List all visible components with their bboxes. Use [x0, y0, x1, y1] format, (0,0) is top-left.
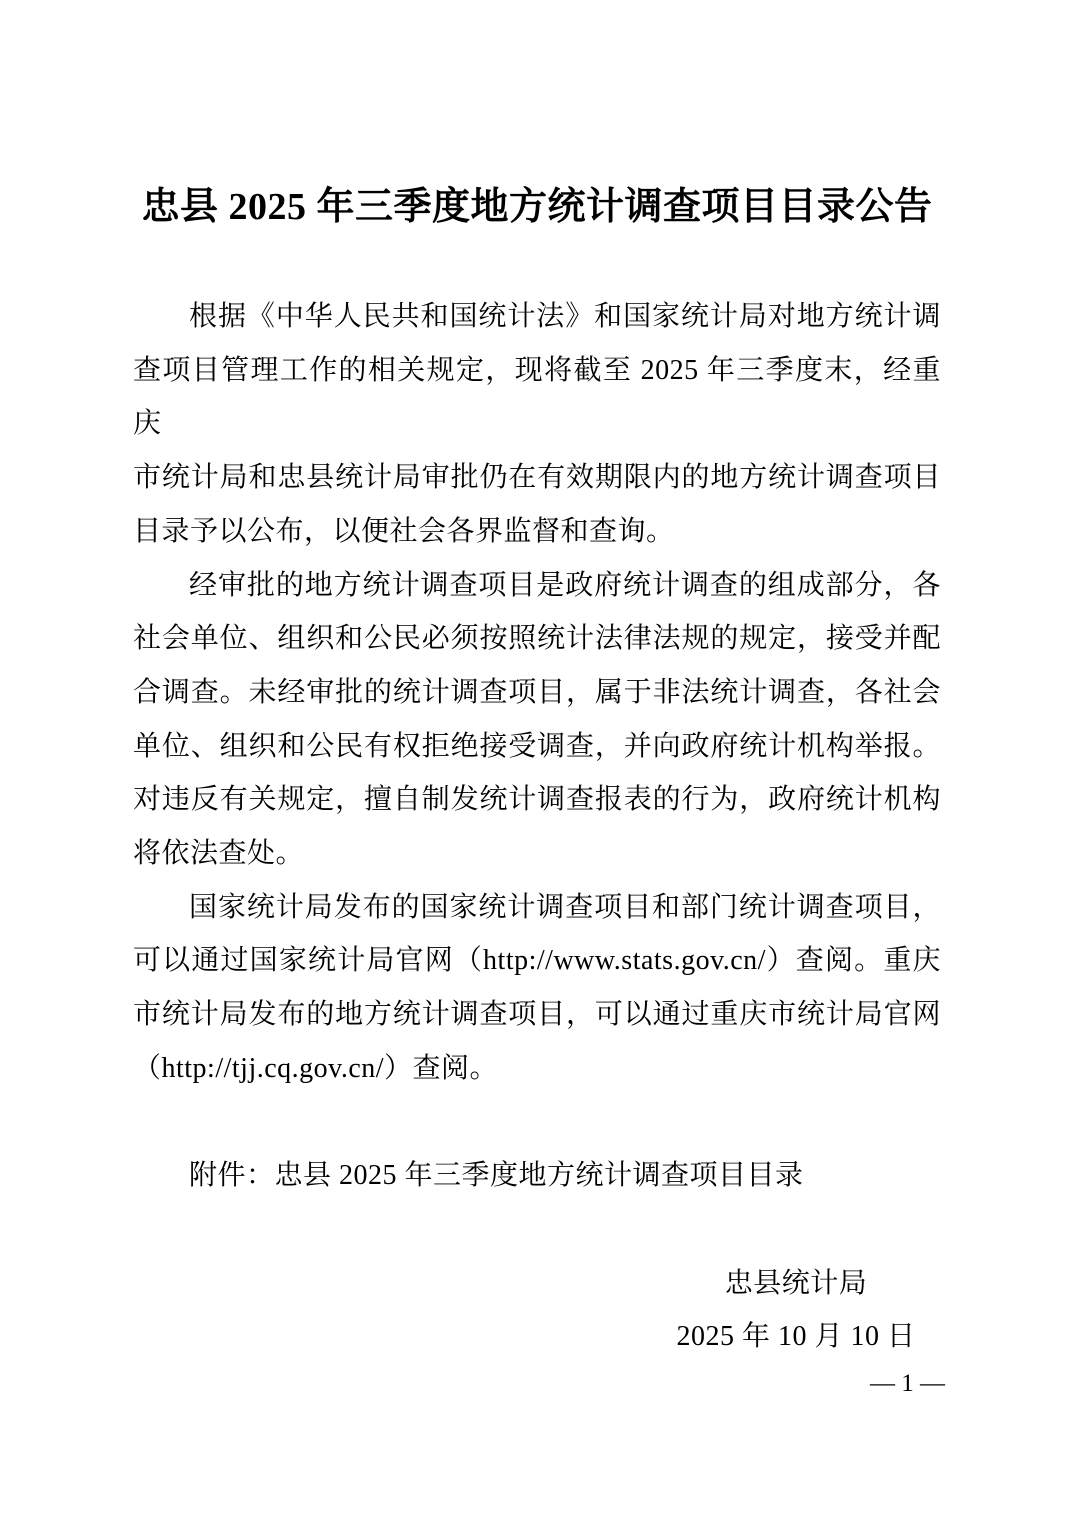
text-line: 将依法查处。 — [133, 827, 941, 881]
text-line: 市统计局发布的地方统计调查项目，可以通过重庆市统计局官网 — [133, 988, 941, 1042]
attachment-line: 附件：忠县 2025 年三季度地方统计调查项目目录 — [133, 1149, 941, 1203]
document-title: 忠县 2025 年三季度地方统计调查项目目录公告 — [133, 184, 941, 230]
text-line: 对违反有关规定，擅自制发统计调查报表的行为，政府统计机构 — [133, 773, 941, 827]
paragraph: 国家统计局发布的国家统计调查项目和部门统计调查项目，可以通过国家统计局官网（ht… — [133, 881, 941, 1096]
document-page: 忠县 2025 年三季度地方统计调查项目目录公告 根据《中华人民共和国统计法》和… — [0, 0, 1074, 1520]
text-line: 国家统计局发布的国家统计调查项目和部门统计调查项目， — [133, 881, 941, 935]
text-line: 目录予以公布，以便社会各界监督和查询。 — [133, 505, 941, 559]
paragraph: 根据《中华人民共和国统计法》和国家统计局对地方统计调查项目管理工作的相关规定，现… — [133, 290, 941, 559]
paragraph: 经审批的地方统计调查项目是政府统计调查的组成部分，各社会单位、组织和公民必须按照… — [133, 559, 941, 881]
text-line: 可以通过国家统计局官网（http://www.stats.gov.cn/）查阅。… — [133, 934, 941, 988]
text-line: 市统计局和忠县统计局审批仍在有效期限内的地方统计调查项目 — [133, 451, 941, 505]
text-line: （http://tjj.cq.gov.cn/）查阅。 — [133, 1042, 941, 1096]
text-line: 查项目管理工作的相关规定，现将截至 2025 年三季度末，经重庆 — [133, 344, 941, 451]
page-number: — 1 — — [870, 1370, 945, 1398]
text-line: 合调查。未经审批的统计调查项目，属于非法统计调查，各社会 — [133, 666, 941, 720]
signer-name: 忠县统计局 — [661, 1257, 931, 1311]
text-line: 社会单位、组织和公民必须按照统计法律法规的规定，接受并配 — [133, 612, 941, 666]
signature-date: 2025 年 10 月 10 日 — [661, 1310, 931, 1364]
text-line: 根据《中华人民共和国统计法》和国家统计局对地方统计调 — [133, 290, 941, 344]
text-line: 经审批的地方统计调查项目是政府统计调查的组成部分，各 — [133, 559, 941, 613]
document-body: 根据《中华人民共和国统计法》和国家统计局对地方统计调查项目管理工作的相关规定，现… — [133, 290, 941, 1364]
signature-block: 忠县统计局 2025 年 10 月 10 日 — [661, 1257, 931, 1364]
paragraphs-container: 根据《中华人民共和国统计法》和国家统计局对地方统计调查项目管理工作的相关规定，现… — [133, 290, 941, 1096]
text-line: 单位、组织和公民有权拒绝接受调查，并向政府统计机构举报。 — [133, 720, 941, 774]
